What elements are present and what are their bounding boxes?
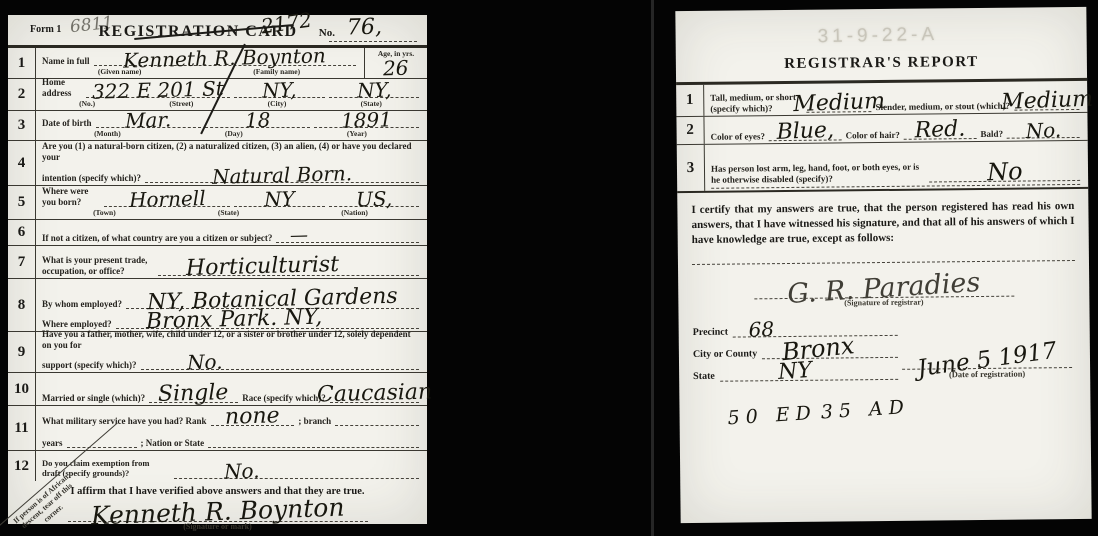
row-number: 10 [8, 373, 36, 405]
row-dependents-main: Have you a father, mother, wife, child u… [36, 332, 427, 372]
row-married-race: 10 Married or single (which)? Single Rac… [8, 373, 427, 406]
state-value: NY [777, 359, 812, 383]
exemption-value: No. [224, 461, 260, 482]
military-branch-label: ; branch [298, 416, 331, 426]
row-exemption-main: Do you claim exemption from draft (speci… [36, 451, 427, 481]
name-label: Name in full [42, 56, 90, 66]
by-whom-employed-label: By whom employed? [42, 299, 122, 309]
row-where-born: 5 Where were you born? Hornell NY US, (T… [8, 186, 427, 220]
row-foreign-citizen: 6 If not a citizen, of what country are … [8, 220, 427, 246]
home-state-value: NY, [356, 80, 391, 101]
registrars-report-title: REGISTRAR'S REPORT [676, 53, 1087, 74]
eyes-label: Color of eyes? [711, 131, 765, 142]
registration-card-header: Form 1 6811 REGISTRATION CARD 2172 No. 7… [8, 15, 427, 45]
precinct-label: Precinct [693, 326, 728, 337]
citizenship-value: Natural Born. [212, 163, 353, 187]
state-sublabel: (State) [218, 208, 239, 217]
day-sublabel: (Day) [225, 129, 243, 138]
registrar-location-block: Precinct 68 City or County Bronx State N… [679, 320, 1091, 381]
military-nation-label: ; Nation or State [141, 438, 205, 448]
dependents-value: No. [186, 352, 222, 373]
foreign-citizen-label: If not a citizen, of what country are yo… [42, 233, 272, 243]
row-born-main: Where were you born? Hornell NY US, (Tow… [36, 186, 427, 219]
row-trade-main: What is your present trade, occupation, … [36, 246, 427, 278]
row-married-main: Married or single (which)? Single Race (… [36, 373, 427, 405]
age-value: 26 [383, 58, 409, 79]
hair-label: Color of hair? [846, 129, 900, 140]
home-city-value: NY, [262, 80, 297, 101]
bald-value: No. [1025, 120, 1061, 141]
row-number: 9 [8, 332, 36, 372]
row-number: 7 [8, 246, 36, 278]
race-label: Race (specify which)? [242, 393, 325, 403]
row-citizenship-main: Are you (1) a natural-born citizen, (2) … [36, 141, 427, 185]
assembly-district-note: 35 AD [820, 396, 910, 425]
row-number: 12 [8, 451, 36, 481]
registration-date-block: June 5 1917 (Date of registration) [897, 321, 1076, 380]
row-eyes-main: Color of eyes? Blue, Color of hair? Red.… [704, 113, 1087, 144]
card-no-label: No. [319, 27, 335, 39]
registration-card: Form 1 6811 REGISTRATION CARD 2172 No. 7… [8, 15, 427, 524]
card-no-underline [329, 41, 417, 42]
age-cell: Age, in yrs. 26 [364, 48, 427, 78]
where-born-label: Where were you born? [42, 186, 100, 207]
registration-card-footer: I affirm that I have verified above answ… [8, 486, 427, 532]
row-citizenship: 4 Are you (1) a natural-born citizen, (2… [8, 141, 427, 186]
build-label: Slender, medium, or stout (which)? [876, 100, 1011, 112]
dob-month-value: Mar. [125, 109, 172, 130]
height-value: Medium [793, 91, 885, 116]
registration-card-rows: 1 Name in full Kenneth R. Boynton (Given… [8, 45, 427, 481]
citizenship-label-line2: intention (specify which)? [42, 173, 141, 183]
serial-number-handwritten: 2172 [260, 10, 313, 37]
name-value: Kenneth R. Boynton [123, 45, 326, 70]
eyes-value: Blue, [776, 120, 834, 144]
dob-day-value: 18 [244, 110, 270, 131]
precinct-row: Precinct 68 [693, 322, 898, 337]
registrant-signature: Kenneth R. Boynton [90, 495, 344, 529]
row-number: 8 [8, 279, 36, 331]
home-address-label: Home address [42, 77, 82, 98]
disability-underline [711, 184, 1080, 189]
location-fields: Precinct 68 City or County Bronx State N… [693, 322, 898, 381]
district-notes: 50 ED 35 AD [727, 396, 911, 431]
dob-year-value: 1891 [341, 109, 392, 130]
where-employed-value: Bronx Park. NY, [145, 307, 322, 334]
row-name: 1 Name in full Kenneth R. Boynton (Given… [8, 48, 427, 79]
film-edge-line [651, 0, 654, 536]
build-value: Medium [1000, 89, 1092, 114]
born-state-value: NY [264, 189, 295, 210]
row-military-service: 11 What military service have you had? R… [8, 406, 427, 451]
state-label: State [693, 370, 715, 381]
dob-label: Date of birth [42, 118, 92, 128]
city-county-label: City or County [693, 348, 757, 360]
military-years-label: years [42, 438, 63, 448]
row-eyes-hair-bald: 2 Color of eyes? Blue, Color of hair? Re… [676, 113, 1087, 145]
bald-label: Bald? [980, 128, 1003, 139]
form-number-label: Form 1 [30, 24, 61, 35]
month-sublabel: (Month) [94, 129, 121, 138]
row-height-main: Tall, medium, or short (specify which)? … [704, 81, 1087, 116]
married-label: Married or single (which)? [42, 393, 145, 403]
citizenship-label-line1: Are you (1) a natural-born citizen, (2) … [42, 141, 419, 162]
trade-value: Horticulturist [186, 254, 340, 280]
row-home-main: Home address 322 E 201 St NY, NY, (No.) … [36, 79, 427, 110]
row-disability-main: Has person lost arm, leg, hand, foot, or… [705, 141, 1088, 191]
row-number: 3 [677, 145, 705, 191]
row-employer: 8 By whom employed? NY, Botanical Garden… [8, 279, 427, 332]
registrars-report-card: 31-9-22-A REGISTRAR'S REPORT 1 Tall, med… [675, 7, 1091, 523]
race-value: Caucasian [317, 381, 433, 406]
registrars-report-rows: 1 Tall, medium, or short (specify which)… [676, 78, 1088, 193]
row-number: 5 [8, 186, 36, 219]
where-employed-label: Where employed? [42, 319, 112, 329]
city-county-row: City or County Bronx [693, 344, 898, 359]
married-value: Single [158, 382, 229, 406]
film-stamp-number: 31-9-22-A [817, 24, 938, 48]
card-no-value: 76, [347, 17, 383, 40]
disability-label: Has person lost arm, leg, hand, foot, or… [711, 162, 923, 185]
row-number: 11 [8, 406, 36, 450]
row-employer-main: By whom employed? NY, Botanical Gardens … [36, 279, 427, 331]
military-rank-label: What military service have you had? Rank [42, 416, 207, 426]
disability-value: No [986, 159, 1022, 184]
row-foreign-main: If not a citizen, of what country are yo… [36, 220, 427, 245]
certification-blank-line [692, 260, 1075, 265]
election-district-note: 50 ED [727, 402, 818, 431]
row-name-main: Name in full Kenneth R. Boynton (Given n… [36, 48, 364, 78]
hair-value: Red. [914, 118, 965, 142]
registrar-certification-text: I certify that my answers are true, that… [691, 199, 1074, 248]
home-street-value: 322 E 201 St [92, 78, 224, 101]
height-label: Tall, medium, or short (specify which)? [710, 92, 802, 114]
dependents-label-line2: support (specify which)? [42, 360, 137, 370]
row-date-of-birth: 3 Date of birth Mar. 18 1891 (Month) (Da… [8, 111, 427, 141]
row-number: 3 [8, 111, 36, 140]
born-nation-value: US, [355, 189, 392, 210]
row-number: 1 [8, 48, 36, 78]
military-rank-value: none [225, 405, 280, 428]
town-sublabel: (Town) [93, 208, 116, 217]
row-disability: 3 Has person lost arm, leg, hand, foot, … [677, 141, 1088, 191]
row-trade: 7 What is your present trade, occupation… [8, 246, 427, 279]
row-number: 2 [676, 117, 704, 144]
state-row: State NY [693, 366, 898, 381]
born-town-value: Hornell [129, 188, 206, 210]
row-number: 6 [8, 220, 36, 245]
row-dob-main: Date of birth Mar. 18 1891 (Month) (Day)… [36, 111, 427, 140]
dependents-label-line1: Have you a father, mother, wife, child u… [42, 329, 419, 350]
trade-label: What is your present trade, occupation, … [42, 255, 154, 276]
row-number: 2 [8, 79, 36, 110]
row-number: 4 [8, 141, 36, 185]
registrar-signature-block: G. R. Paradies (Signature of registrar) [678, 272, 1089, 308]
foreign-citizen-value: — [290, 227, 308, 245]
row-dependents: 9 Have you a father, mother, wife, child… [8, 332, 427, 373]
precinct-value: 68 [749, 318, 775, 339]
row-number: 1 [676, 85, 704, 116]
row-height-build: 1 Tall, medium, or short (specify which)… [676, 81, 1087, 117]
